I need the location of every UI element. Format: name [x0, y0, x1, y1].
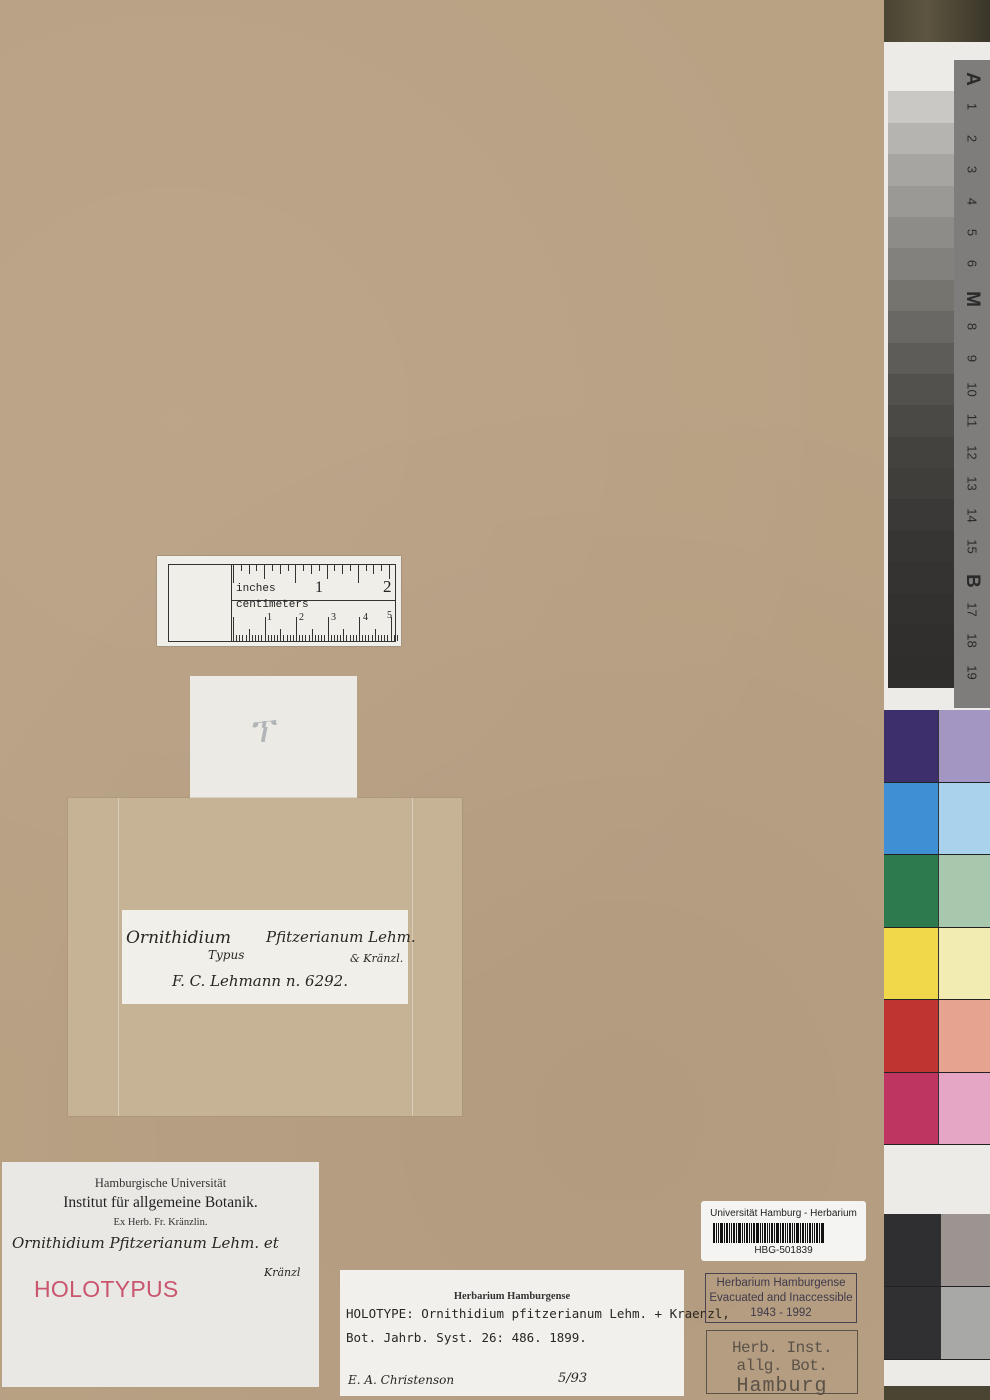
- gray-step: [888, 343, 954, 374]
- cm-tick: [356, 635, 357, 641]
- handwritten-typus: Typus: [208, 948, 244, 962]
- ruler-inch-2: 2: [383, 577, 392, 597]
- gray-step: [888, 405, 954, 436]
- gray-step: [888, 91, 954, 122]
- inch-tick: [233, 565, 234, 583]
- cm-tick: [365, 635, 366, 641]
- handwritten-genus: Ornithidium: [126, 928, 231, 948]
- cm-tick: [252, 635, 253, 641]
- evacuated-stamp-line2: Evacuated and Inaccessible: [706, 1291, 856, 1306]
- scanner-edge-top: [884, 0, 990, 42]
- cm-tick: [309, 635, 310, 641]
- gray-step: [888, 499, 954, 530]
- gray-scale-labels: A123456M89101112131415B171819: [954, 60, 990, 708]
- cm-tick: [255, 635, 256, 641]
- color-patch: [939, 710, 990, 782]
- ex-herbarium: Ex Herb. Fr. Kränzlin.: [2, 1217, 319, 1228]
- inch-tick: [373, 565, 374, 574]
- gray-step: [888, 656, 954, 687]
- determination-date: 5/93: [558, 1371, 587, 1386]
- cm-tick: [246, 635, 247, 641]
- institute-stamp-line1: Herb. Inst. allg. Bot.: [707, 1339, 857, 1375]
- cm-tick: [387, 635, 388, 641]
- inch-tick: [288, 565, 289, 571]
- gray-scale-steps: [888, 60, 954, 688]
- color-patch-row: [884, 1073, 990, 1146]
- ruler-inches-label: inches: [236, 583, 276, 595]
- cm-tick: [249, 629, 250, 641]
- inch-tick: [272, 565, 273, 571]
- cm-tick: [265, 617, 266, 641]
- cm-tick: [315, 635, 316, 641]
- color-patches: [884, 710, 990, 1145]
- color-patch-row: [884, 783, 990, 856]
- gray-step: [888, 60, 954, 91]
- cm-tick: [350, 635, 351, 641]
- cm-tick: [331, 635, 332, 641]
- handwritten-epithet: Pfitzerianum Lehm.: [266, 928, 416, 946]
- inch-tick: [241, 565, 242, 571]
- inch-tick: [249, 565, 250, 574]
- cm-tick: [271, 635, 272, 641]
- gray-step: [888, 531, 954, 562]
- evacuated-stamp-line3: 1943 - 1992: [706, 1306, 856, 1321]
- fragment-packet: ፕ: [190, 676, 357, 802]
- color-patch-row: [884, 855, 990, 928]
- handwritten-author-kraenzl: Kränzl: [264, 1266, 300, 1279]
- inch-tick: [389, 565, 390, 579]
- color-patch: [884, 855, 939, 927]
- envelope-fold-left: [118, 798, 119, 1116]
- determiner-name: E. A. Christenson: [348, 1373, 454, 1387]
- cm-tick: [343, 629, 344, 641]
- publication-citation: Bot. Jahrb. Syst. 26: 486. 1899.: [346, 1330, 587, 1345]
- gray-step: [888, 186, 954, 217]
- tone-patch-row: [884, 1214, 990, 1287]
- handwritten-author: & Kränzl.: [350, 952, 403, 965]
- gray-step-label: 8: [965, 309, 980, 345]
- cm-tick: [239, 635, 240, 641]
- cm-tick: [268, 635, 269, 641]
- tone-patch: [884, 1287, 941, 1359]
- envelope-fold-right: [412, 798, 413, 1116]
- inch-tick: [327, 565, 328, 579]
- cm-tick: [334, 635, 335, 641]
- cm-tick: [305, 635, 306, 641]
- cm-tick: [397, 635, 398, 641]
- handwritten-collector: F. C. Lehmann n. 6292.: [172, 972, 348, 990]
- cm-tick: [337, 635, 338, 641]
- inch-tick: [358, 565, 359, 583]
- cm-tick: [340, 635, 341, 641]
- holotypus-stamp: HOLOTYPUS: [34, 1276, 179, 1303]
- cm-tick: [290, 635, 291, 641]
- scanner-edge-bottom: [884, 1386, 990, 1400]
- institute-stamp: Herb. Inst. allg. Bot. Hamburg: [706, 1330, 858, 1394]
- cm-tick: [312, 629, 313, 641]
- cm-tick: [261, 635, 262, 641]
- cm-tick: [277, 635, 278, 641]
- gray-step-label: 15: [965, 529, 980, 565]
- cm-tick: [258, 635, 259, 641]
- gray-step: [888, 154, 954, 185]
- ruler-cm-2: 2: [299, 612, 304, 623]
- gray-step: [888, 562, 954, 593]
- evacuated-stamp-line1: Herbarium Hamburgense: [706, 1276, 856, 1291]
- barcode-label: Universität Hamburg - Herbarium HBG-5018…: [701, 1201, 866, 1261]
- cm-tick: [283, 635, 284, 641]
- inch-tick: [319, 565, 320, 571]
- ruler-inch-1: 1: [315, 579, 323, 597]
- barcode: [713, 1223, 853, 1243]
- cm-tick: [280, 629, 281, 641]
- inch-tick: [264, 565, 265, 579]
- gray-step-label: 1: [965, 89, 980, 125]
- gray-step: [888, 625, 954, 656]
- institute-label: Hamburgische Universität Institut für al…: [2, 1162, 319, 1387]
- gray-step-label: 13: [965, 466, 980, 502]
- cm-tick: [274, 635, 275, 641]
- cm-tick: [378, 635, 379, 641]
- evacuated-stamp: Herbarium Hamburgense Evacuated and Inac…: [705, 1273, 857, 1323]
- barcode-title: Universität Hamburg - Herbarium: [701, 1208, 866, 1219]
- color-patch-row: [884, 928, 990, 1001]
- cm-tick: [381, 635, 382, 641]
- inch-tick: [256, 565, 257, 571]
- cm-tick: [362, 635, 363, 641]
- cm-tick: [353, 635, 354, 641]
- color-patch: [939, 783, 990, 855]
- cm-tick: [346, 635, 347, 641]
- color-patch-row: [884, 710, 990, 783]
- inch-tick: [280, 565, 281, 574]
- gray-step: [888, 123, 954, 154]
- handwritten-collector-label: Ornithidium Typus Pfitzerianum Lehm. & K…: [122, 910, 408, 1004]
- tone-patches: [884, 1214, 990, 1360]
- cm-tick: [296, 617, 297, 641]
- scale-ruler: inches 1 2 centimeters 1 2 3 4 5: [157, 556, 401, 646]
- cm-tick: [384, 635, 385, 641]
- cm-tick: [321, 635, 322, 641]
- barcode-number: HBG-501839: [701, 1245, 866, 1256]
- ruler-centimeters-label: centimeters: [236, 599, 309, 611]
- color-patch: [939, 1073, 990, 1145]
- inch-tick: [303, 565, 304, 571]
- inch-tick: [334, 565, 335, 571]
- gray-step: [888, 248, 954, 279]
- cm-tick: [368, 635, 369, 641]
- cm-tick: [318, 635, 319, 641]
- color-patch: [939, 928, 990, 1000]
- handwritten-taxon: Ornithidium Pfitzerianum Lehm. et: [12, 1234, 279, 1252]
- cm-tick: [293, 635, 294, 641]
- cm-tick: [299, 635, 300, 641]
- specimen-fragment: ፕ: [252, 710, 277, 752]
- gray-step-label: 19: [965, 654, 980, 690]
- inch-tick: [342, 565, 343, 574]
- gray-step-label: 6: [965, 246, 980, 282]
- gray-step: [888, 468, 954, 499]
- cm-tick: [394, 635, 395, 641]
- color-patch: [939, 1000, 990, 1072]
- ruler-cm-3: 3: [331, 612, 336, 623]
- gray-step: [888, 217, 954, 248]
- color-patch: [884, 783, 939, 855]
- color-patch: [884, 710, 939, 782]
- gray-step: [888, 594, 954, 625]
- cm-tick: [233, 617, 234, 641]
- color-patch: [884, 1073, 939, 1145]
- color-patch-row: [884, 1000, 990, 1073]
- determination-header: Herbarium Hamburgense: [340, 1291, 684, 1302]
- gray-step-label: 11: [965, 403, 980, 439]
- gray-step-label: 18: [965, 623, 980, 659]
- cm-tick: [391, 617, 392, 641]
- university-name: Hamburgische Universität: [2, 1176, 319, 1191]
- institute-stamp-line2: Hamburg: [707, 1375, 857, 1398]
- institute-name: Institut für allgemeine Botanik.: [2, 1194, 319, 1212]
- ruler-cm-1: 1: [267, 612, 272, 623]
- inch-tick: [381, 565, 382, 571]
- color-patch: [939, 855, 990, 927]
- inch-tick: [295, 565, 296, 583]
- gray-step: [888, 311, 954, 342]
- inch-tick: [366, 565, 367, 571]
- cm-tick: [242, 635, 243, 641]
- cm-tick: [324, 635, 325, 641]
- color-patch: [884, 1000, 939, 1072]
- determination-label: Herbarium Hamburgense HOLOTYPE: Ornithid…: [340, 1270, 684, 1396]
- inch-tick: [311, 565, 312, 574]
- inch-tick: [350, 565, 351, 571]
- tone-patch: [941, 1214, 990, 1286]
- ruler-cm-4: 4: [363, 612, 368, 623]
- gray-step: [888, 280, 954, 311]
- ruler-blank-area: [169, 565, 232, 641]
- color-patch: [884, 928, 939, 1000]
- cm-tick: [375, 629, 376, 641]
- tone-patch: [884, 1214, 941, 1286]
- cm-tick: [287, 635, 288, 641]
- tone-patch: [941, 1287, 990, 1359]
- gray-step: [888, 374, 954, 405]
- gray-step: [888, 437, 954, 468]
- gray-step-label: 3: [965, 152, 980, 188]
- cm-tick: [372, 635, 373, 641]
- tone-patch-row: [884, 1287, 990, 1360]
- holotype-citation: HOLOTYPE: Ornithidium pfitzerianum Lehm.…: [346, 1306, 730, 1321]
- cm-tick: [302, 635, 303, 641]
- cm-tick: [359, 617, 360, 641]
- cm-tick: [236, 635, 237, 641]
- cm-tick: [328, 617, 329, 641]
